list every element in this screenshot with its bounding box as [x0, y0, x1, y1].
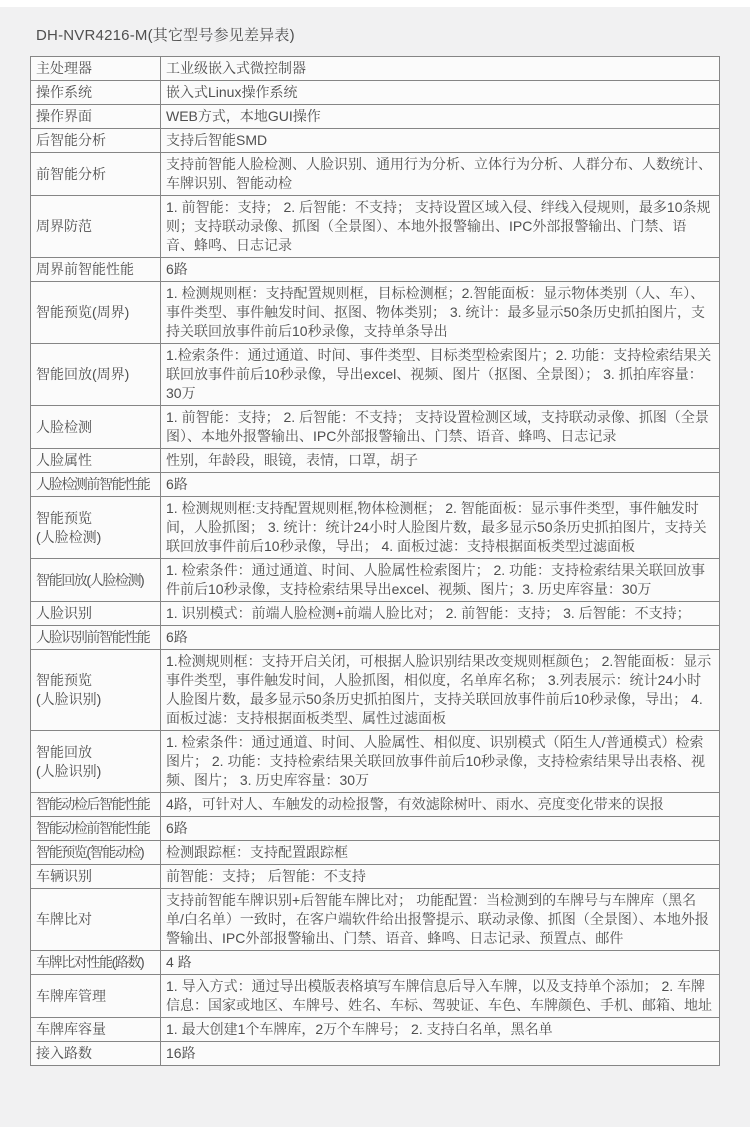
- spec-row: 周界防范 1. 前智能：支持； 2. 后智能：不支持； 支持设置区域入侵、绊线入…: [31, 196, 720, 258]
- spec-row: 智能预览 (人脸检测) 1. 检测规则框:支持配置规则框,物体检测框； 2. 智…: [31, 497, 720, 559]
- spec-label: 车牌比对: [31, 889, 161, 951]
- spec-value: 1. 前智能：支持； 2. 后智能：不支持； 支持设置检测区域，支持联动录像、抓…: [161, 406, 720, 449]
- spec-row: 操作系统 嵌入式Linux操作系统: [31, 81, 720, 105]
- spec-row: 车牌比对 支持前智能车牌识别+后智能车牌比对； 功能配置：当检测到的车牌号与车牌…: [31, 889, 720, 951]
- spec-label: 后智能分析: [31, 129, 161, 153]
- spec-value: 前智能：支持； 后智能：不支持: [161, 865, 720, 889]
- spec-value: 1. 检索条件：通过通道、时间、人脸属性检索图片； 2. 功能：支持检索结果关联…: [161, 559, 720, 602]
- spec-label: 车牌库管理: [31, 975, 161, 1018]
- spec-label: 人脸识别前智能性能: [31, 626, 161, 650]
- spec-label: 智能预览(周界): [31, 282, 161, 344]
- spec-label: 智能预览 (人脸识别): [31, 650, 161, 731]
- spec-label: 车牌比对性能(路数): [31, 951, 161, 975]
- spec-label: 智能回放 (人脸识别): [31, 731, 161, 793]
- spec-row: 车辆识别 前智能：支持； 后智能：不支持: [31, 865, 720, 889]
- spec-row: 周界前智能性能 6路: [31, 258, 720, 282]
- spec-value: 16路: [161, 1042, 720, 1066]
- spec-value: 1. 检测规则框:支持配置规则框,物体检测框； 2. 智能面板：显示事件类型，事…: [161, 497, 720, 559]
- spec-value: 支持前智能车牌识别+后智能车牌比对； 功能配置：当检测到的车牌号与车牌库（黑名单…: [161, 889, 720, 951]
- spec-value: 支持前智能人脸检测、人脸识别、通用行为分析、立体行为分析、人群分布、人数统计、车…: [161, 153, 720, 196]
- spec-value: WEB方式，本地GUI操作: [161, 105, 720, 129]
- spec-label: 车辆识别: [31, 865, 161, 889]
- spec-label: 操作界面: [31, 105, 161, 129]
- spec-label: 接入路数: [31, 1042, 161, 1066]
- spec-label: 车牌库容量: [31, 1018, 161, 1042]
- spec-value: 工业级嵌入式微控制器: [161, 57, 720, 81]
- spec-value: 6路: [161, 473, 720, 497]
- spec-row: 人脸属性 性别，年龄段，眼镜，表情，口罩，胡子: [31, 449, 720, 473]
- spec-value: 6路: [161, 258, 720, 282]
- spec-table: 主处理器 工业级嵌入式微控制器 操作系统 嵌入式Linux操作系统 操作界面 W…: [30, 56, 720, 1066]
- spec-label: 人脸属性: [31, 449, 161, 473]
- spec-row: 前智能分析 支持前智能人脸检测、人脸识别、通用行为分析、立体行为分析、人群分布、…: [31, 153, 720, 196]
- spec-label: 周界防范: [31, 196, 161, 258]
- spec-value: 1. 最大创建1个车牌库，2万个车牌号； 2. 支持白名单，黑名单: [161, 1018, 720, 1042]
- spec-row: 车牌库容量 1. 最大创建1个车牌库，2万个车牌号； 2. 支持白名单，黑名单: [31, 1018, 720, 1042]
- spec-label: 周界前智能性能: [31, 258, 161, 282]
- spec-row: 智能预览 (人脸识别) 1.检测规则框：支持开启关闭，可根据人脸识别结果改变规则…: [31, 650, 720, 731]
- spec-value: 支持后智能SMD: [161, 129, 720, 153]
- spec-row: 接入路数 16路: [31, 1042, 720, 1066]
- spec-value: 6路: [161, 626, 720, 650]
- spec-label: 智能动检后智能性能: [31, 793, 161, 817]
- spec-label: 智能预览(智能动检): [31, 841, 161, 865]
- spec-row: 操作界面 WEB方式，本地GUI操作: [31, 105, 720, 129]
- spec-value: 1. 识别模式：前端人脸检测+前端人脸比对； 2. 前智能：支持； 3. 后智能…: [161, 602, 720, 626]
- spec-row: 人脸检测前智能性能 6路: [31, 473, 720, 497]
- page-title: DH-NVR4216-M(其它型号参见差异表): [36, 24, 750, 45]
- spec-value: 1.检测规则框：支持开启关闭，可根据人脸识别结果改变规则框颜色； 2.智能面板：…: [161, 650, 720, 731]
- spec-row: 智能预览(周界) 1. 检测规则框：支持配置规则框，目标检测框；2.智能面板：显…: [31, 282, 720, 344]
- spec-row: 车牌比对性能(路数) 4 路: [31, 951, 720, 975]
- spec-label: 前智能分析: [31, 153, 161, 196]
- spec-label: 人脸检测: [31, 406, 161, 449]
- spec-row: 智能预览(智能动检) 检测跟踪框：支持配置跟踪框: [31, 841, 720, 865]
- spec-label: 智能回放(周界): [31, 344, 161, 406]
- spec-value: 4 路: [161, 951, 720, 975]
- spec-row: 车牌库管理 1. 导入方式：通过导出模版表格填写车牌信息后导入车牌，以及支持单个…: [31, 975, 720, 1018]
- spec-row: 后智能分析 支持后智能SMD: [31, 129, 720, 153]
- spec-row: 智能回放(人脸检测) 1. 检索条件：通过通道、时间、人脸属性检索图片； 2. …: [31, 559, 720, 602]
- spec-label: 智能预览 (人脸检测): [31, 497, 161, 559]
- spec-label: 主处理器: [31, 57, 161, 81]
- spec-row: 智能回放(周界) 1.检索条件：通过通道、时间、事件类型、目标类型检索图片；2.…: [31, 344, 720, 406]
- top-strip: [0, 0, 750, 7]
- spec-value: 6路: [161, 817, 720, 841]
- spec-table-body: 主处理器 工业级嵌入式微控制器 操作系统 嵌入式Linux操作系统 操作界面 W…: [31, 57, 720, 1066]
- spec-value: 1. 前智能：支持； 2. 后智能：不支持； 支持设置区域入侵、绊线入侵规则，最…: [161, 196, 720, 258]
- spec-value: 检测跟踪框：支持配置跟踪框: [161, 841, 720, 865]
- spec-label: 人脸检测前智能性能: [31, 473, 161, 497]
- spec-row: 智能动检后智能性能 4路，可针对人、车触发的动检报警，有效滤除树叶、雨水、亮度变…: [31, 793, 720, 817]
- spec-value: 1. 检索条件：通过通道、时间、人脸属性、相似度、识别模式（陌生人/普通模式）检…: [161, 731, 720, 793]
- spec-row: 主处理器 工业级嵌入式微控制器: [31, 57, 720, 81]
- spec-value: 1.检索条件：通过通道、时间、事件类型、目标类型检索图片；2. 功能：支持检索结…: [161, 344, 720, 406]
- spec-row: 人脸识别前智能性能 6路: [31, 626, 720, 650]
- spec-row: 人脸检测 1. 前智能：支持； 2. 后智能：不支持； 支持设置检测区域，支持联…: [31, 406, 720, 449]
- spec-value: 性别，年龄段，眼镜，表情，口罩，胡子: [161, 449, 720, 473]
- spec-value: 嵌入式Linux操作系统: [161, 81, 720, 105]
- spec-label: 智能回放(人脸检测): [31, 559, 161, 602]
- spec-value: 1. 检测规则框：支持配置规则框，目标检测框；2.智能面板：显示物体类别（人、车…: [161, 282, 720, 344]
- spec-label: 人脸识别: [31, 602, 161, 626]
- spec-label: 智能动检前智能性能: [31, 817, 161, 841]
- spec-label: 操作系统: [31, 81, 161, 105]
- spec-value: 1. 导入方式：通过导出模版表格填写车牌信息后导入车牌，以及支持单个添加； 2.…: [161, 975, 720, 1018]
- spec-value: 4路，可针对人、车触发的动检报警，有效滤除树叶、雨水、亮度变化带来的误报: [161, 793, 720, 817]
- spec-row: 智能动检前智能性能 6路: [31, 817, 720, 841]
- spec-row: 智能回放 (人脸识别) 1. 检索条件：通过通道、时间、人脸属性、相似度、识别模…: [31, 731, 720, 793]
- spec-row: 人脸识别 1. 识别模式：前端人脸检测+前端人脸比对； 2. 前智能：支持； 3…: [31, 602, 720, 626]
